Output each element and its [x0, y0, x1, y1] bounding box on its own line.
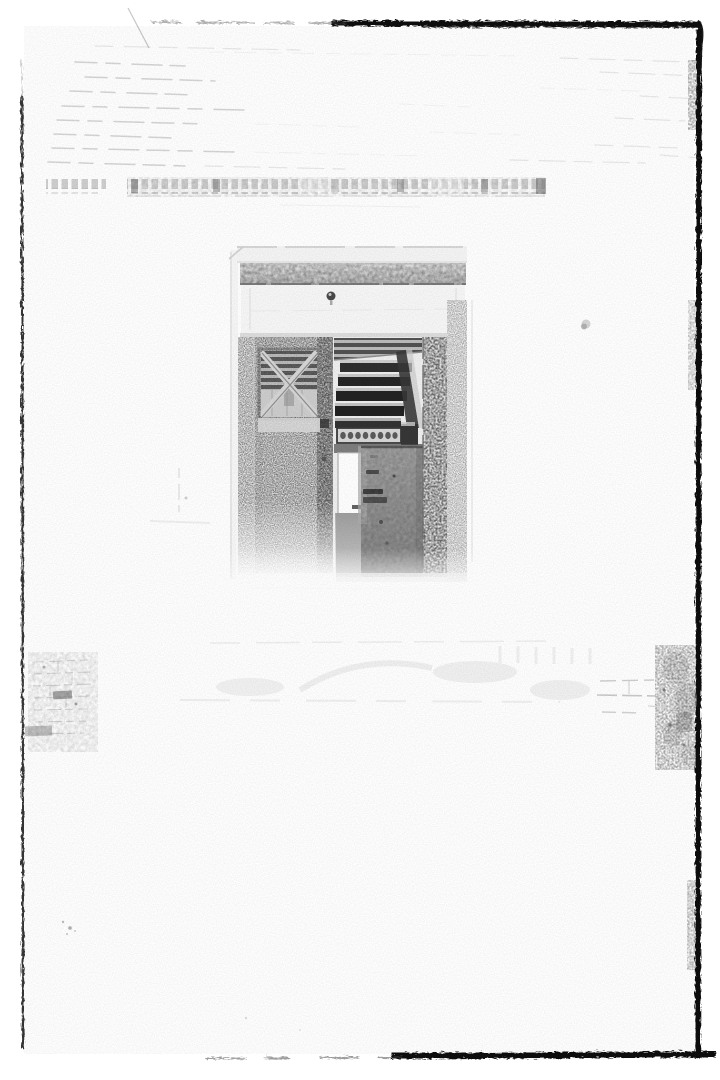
- photo-art: [0, 0, 720, 1080]
- photo-canvas: [0, 0, 720, 1080]
- film-grain: [24, 26, 694, 1054]
- border-left: [21, 95, 22, 1048]
- border-top: [330, 22, 700, 23]
- border-right: [697, 28, 698, 1057]
